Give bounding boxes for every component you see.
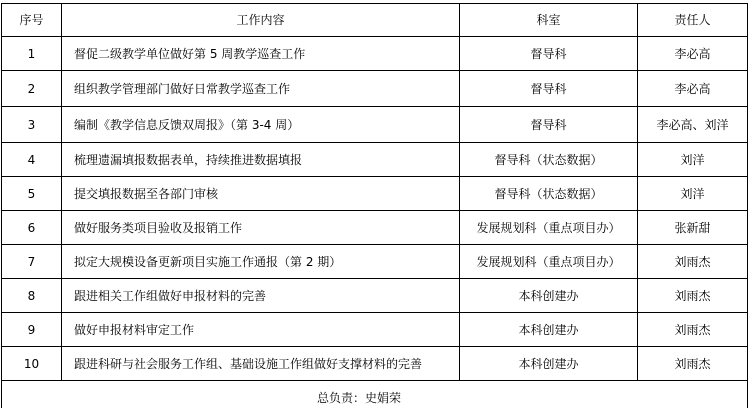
cell-department: 督导科（状态数据） (460, 143, 638, 177)
cell-owner: 李必高 (638, 37, 748, 71)
cell-index: 2 (2, 71, 62, 107)
cell-department: 督导科 (460, 37, 638, 71)
table-row: 5 提交填报数据至各部门审核 督导科（状态数据） 刘洋 (2, 177, 748, 211)
cell-department: 督导科 (460, 107, 638, 143)
cell-task: 做好服务类项目验收及报销工作 (62, 211, 460, 245)
cell-department: 发展规划科（重点项目办） (460, 211, 638, 245)
cell-owner: 刘雨杰 (638, 313, 748, 347)
cell-task: 提交填报数据至各部门审核 (62, 177, 460, 211)
cell-task: 编制《教学信息反馈双周报》（第 3-4 周） (62, 107, 460, 143)
cell-owner: 刘洋 (638, 177, 748, 211)
table-footer-row: 总负责：史娟荣 (2, 381, 748, 408)
header-department: 科室 (460, 4, 638, 37)
cell-owner: 刘雨杰 (638, 245, 748, 279)
table-row: 10 跟进科研与社会服务工作组、基础设施工作组做好支撑材料的完善 本科创建办 刘… (2, 347, 748, 381)
cell-owner: 刘洋 (638, 143, 748, 177)
header-task: 工作内容 (62, 4, 460, 37)
cell-index: 1 (2, 37, 62, 71)
cell-index: 6 (2, 211, 62, 245)
footer-cell: 总负责：史娟荣 (2, 381, 748, 408)
work-schedule-table: 序号 工作内容 科室 责任人 1 督促二级教学单位做好第 5 周教学巡查工作 督… (1, 3, 748, 408)
cell-department: 本科创建办 (460, 347, 638, 381)
cell-department: 发展规划科（重点项目办） (460, 245, 638, 279)
cell-department: 本科创建办 (460, 313, 638, 347)
cell-index: 8 (2, 279, 62, 313)
header-owner: 责任人 (638, 4, 748, 37)
table-row: 3 编制《教学信息反馈双周报》（第 3-4 周） 督导科 李必高、刘洋 (2, 107, 748, 143)
cell-department: 督导科（状态数据） (460, 177, 638, 211)
cell-index: 3 (2, 107, 62, 143)
cell-task: 拟定大规模设备更新项目实施工作通报（第 2 期） (62, 245, 460, 279)
cell-index: 10 (2, 347, 62, 381)
table-row: 9 做好申报材料审定工作 本科创建办 刘雨杰 (2, 313, 748, 347)
table-row: 4 梳理遗漏填报数据表单，持续推进数据填报 督导科（状态数据） 刘洋 (2, 143, 748, 177)
cell-index: 4 (2, 143, 62, 177)
header-index: 序号 (2, 4, 62, 37)
table-row: 7 拟定大规模设备更新项目实施工作通报（第 2 期） 发展规划科（重点项目办） … (2, 245, 748, 279)
cell-owner: 刘雨杰 (638, 279, 748, 313)
cell-task: 做好申报材料审定工作 (62, 313, 460, 347)
cell-task: 跟进科研与社会服务工作组、基础设施工作组做好支撑材料的完善 (62, 347, 460, 381)
table-row: 8 跟进相关工作组做好申报材料的完善 本科创建办 刘雨杰 (2, 279, 748, 313)
cell-index: 9 (2, 313, 62, 347)
table-row: 6 做好服务类项目验收及报销工作 发展规划科（重点项目办） 张新甜 (2, 211, 748, 245)
table-row: 1 督促二级教学单位做好第 5 周教学巡查工作 督导科 李必高 (2, 37, 748, 71)
cell-task: 梳理遗漏填报数据表单，持续推进数据填报 (62, 143, 460, 177)
cell-task: 跟进相关工作组做好申报材料的完善 (62, 279, 460, 313)
cell-department: 本科创建办 (460, 279, 638, 313)
cell-department: 督导科 (460, 71, 638, 107)
cell-task: 督促二级教学单位做好第 5 周教学巡查工作 (62, 37, 460, 71)
table-header-row: 序号 工作内容 科室 责任人 (2, 4, 748, 37)
table-row: 2 组织教学管理部门做好日常教学巡查工作 督导科 李必高 (2, 71, 748, 107)
cell-index: 7 (2, 245, 62, 279)
cell-owner: 李必高、刘洋 (638, 107, 748, 143)
footer-responsible: 总负责：史娟荣 (317, 391, 747, 405)
cell-owner: 刘雨杰 (638, 347, 748, 381)
cell-task: 组织教学管理部门做好日常教学巡查工作 (62, 71, 460, 107)
cell-owner: 张新甜 (638, 211, 748, 245)
cell-owner: 李必高 (638, 71, 748, 107)
cell-index: 5 (2, 177, 62, 211)
